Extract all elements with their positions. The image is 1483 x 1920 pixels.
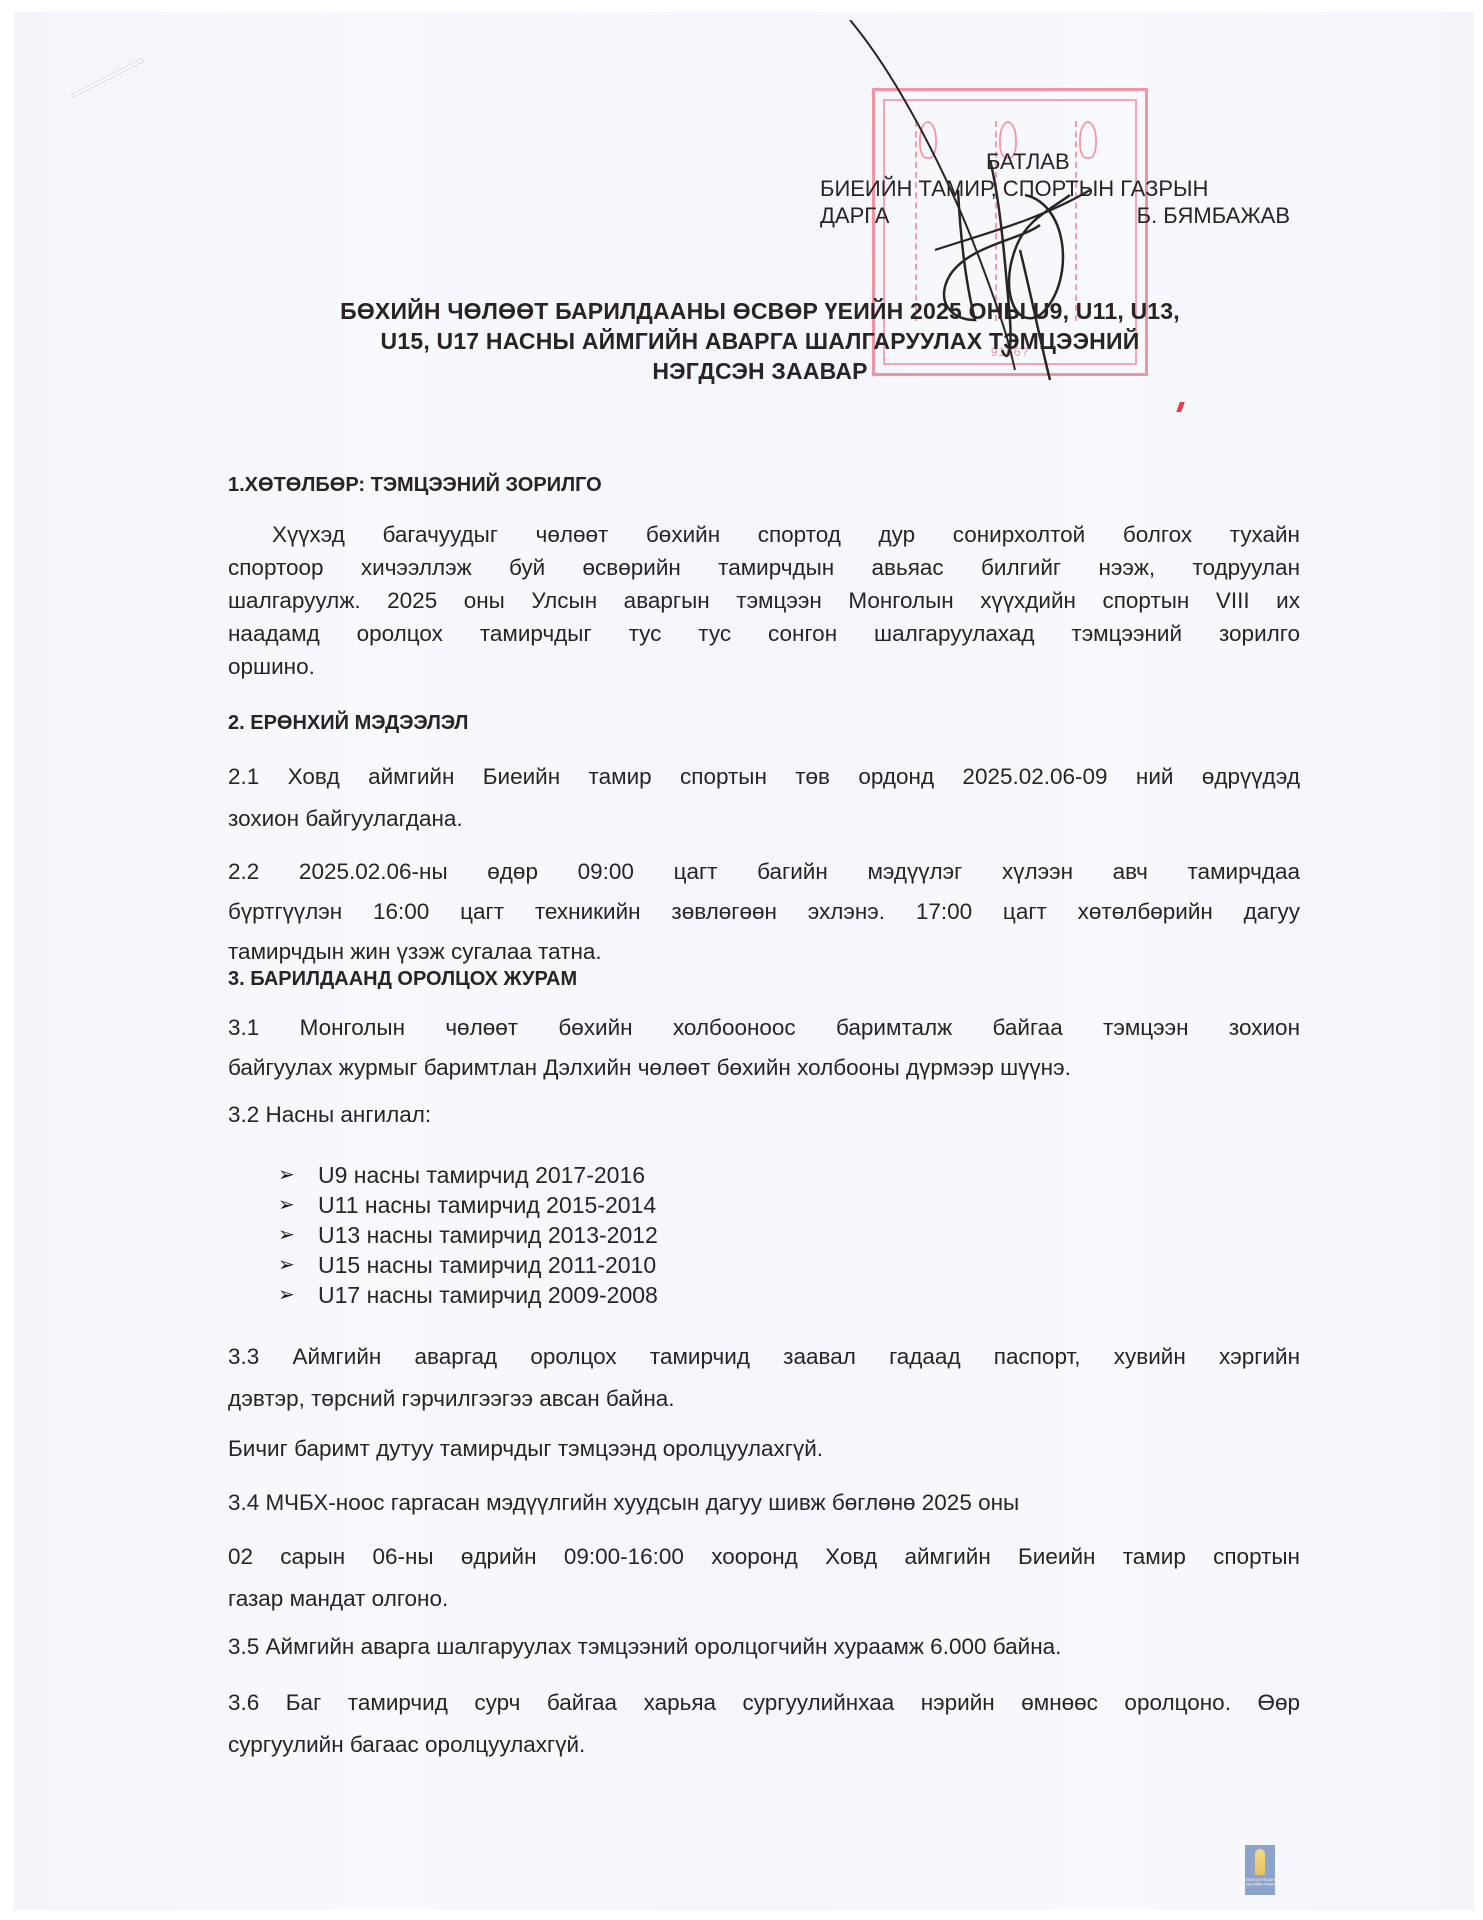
approval-signer: Б. БЯМБАЖАВ bbox=[1137, 202, 1290, 229]
section-2-heading: 2. ЕРӨНХИЙ МЭДЭЭЛЭЛ bbox=[228, 712, 468, 735]
list-item: ➢U13 насны тамирчид 2013-2012 bbox=[278, 1220, 658, 1250]
title-line: НЭГДСЭН ЗААВАР bbox=[240, 356, 1280, 386]
paragraph-3-4-continued: 02 сарын 06-ны өдрийн 09:00-16:00 хоорон… bbox=[228, 1536, 1300, 1620]
paragraph-line: дэвтэр, төрсний гэрчилгээгээ авсан байна… bbox=[228, 1378, 1300, 1420]
title-line: БӨХИЙН ЧӨЛӨӨТ БАРИЛДААНЫ ӨСВӨР ҮЕИЙН 202… bbox=[240, 296, 1280, 326]
list-item: ➢U9 насны тамирчид 2017-2016 bbox=[278, 1160, 658, 1190]
paragraph-3-1: 3.1 Монголын чөлөөт бөхийн холбооноос ба… bbox=[228, 1008, 1300, 1088]
section-3-heading: 3. БАРИЛДААНД ОРОЛЦОХ ЖУРАМ bbox=[228, 968, 577, 991]
paragraph-line: 02 сарын 06-ны өдрийн 09:00-16:00 хоорон… bbox=[228, 1536, 1300, 1578]
arrow-bullet-icon: ➢ bbox=[278, 1220, 300, 1250]
logo-text: МОНГОЛ УЛСЫН ЗАСГИЙН ГАЗАР bbox=[1245, 1878, 1274, 1887]
government-logo: МОНГОЛ УЛСЫН ЗАСГИЙН ГАЗАР bbox=[1245, 1845, 1275, 1895]
paragraph-line: оршино. bbox=[228, 650, 1300, 683]
paragraph-2-2: 2.2 2025.02.06-ны өдөр 09:00 цагт багийн… bbox=[228, 852, 1300, 972]
arrow-bullet-icon: ➢ bbox=[278, 1250, 300, 1280]
paragraph-2-1: 2.1 Ховд аймгийн Биеийн тамир спортын тө… bbox=[228, 756, 1300, 840]
stamp-mongol-script-column bbox=[1075, 121, 1099, 321]
paragraph-line: шалгаруулж. 2025 оны Улсын аваргын тэмцэ… bbox=[228, 584, 1300, 617]
list-item: ➢U17 насны тамирчид 2009-2008 bbox=[278, 1280, 658, 1310]
paragraph-3-6: 3.6 Баг тамирчид сурч байгаа харьяа сург… bbox=[228, 1682, 1300, 1766]
paragraph-line: 3.6 Баг тамирчид сурч байгаа харьяа сург… bbox=[228, 1682, 1300, 1724]
soyombo-emblem-icon bbox=[1255, 1849, 1265, 1875]
section-1-heading: 1.ХӨТӨЛБӨР: ТЭМЦЭЭНИЙ ЗОРИЛГО bbox=[228, 474, 602, 497]
title-line: U15, U17 НАСНЫ АЙМГИЙН АВАРГА ШАЛГАРУУЛА… bbox=[240, 326, 1280, 356]
arrow-bullet-icon: ➢ bbox=[278, 1280, 300, 1310]
paragraph-3-3-note: Бичиг баримт дутуу тамирчдыг тэмцээнд ор… bbox=[228, 1436, 823, 1462]
approval-label: БАТЛАВ bbox=[986, 148, 1070, 175]
paragraph-line: 2.1 Ховд аймгийн Биеийн тамир спортын тө… bbox=[228, 756, 1300, 798]
paragraph-3-4: 3.4 МЧБХ-ноос гаргасан мэдүүлгийн хуудсы… bbox=[228, 1490, 1019, 1516]
paragraph-line: газар мандат олгоно. bbox=[228, 1578, 1300, 1620]
paragraph-line: 3.3 Аймгийн аваргад оролцох тамирчид заа… bbox=[228, 1336, 1300, 1378]
section-1-paragraph: Хүүхэд багачуудыг чөлөөт бөхийн спортод … bbox=[228, 518, 1300, 683]
approval-position: БИЕИЙН ТАМИР, СПОРТЫН ГАЗРЫН bbox=[820, 175, 1208, 202]
document-title: БӨХИЙН ЧӨЛӨӨТ БАРИЛДААНЫ ӨСВӨР ҮЕИЙН 202… bbox=[240, 296, 1280, 386]
paragraph-3-3: 3.3 Аймгийн аваргад оролцох тамирчид заа… bbox=[228, 1336, 1300, 1420]
paragraph-line: Хүүхэд багачуудыг чөлөөт бөхийн спортод … bbox=[228, 518, 1300, 551]
paragraph-line: байгуулах журмыг баримтлан Дэлхийн чөлөө… bbox=[228, 1048, 1300, 1088]
stamp-mongol-script-column bbox=[915, 121, 939, 321]
paragraph-line: наадамд оролцох тамирчдыг тус тус сонгон… bbox=[228, 617, 1300, 650]
paragraph-3-2-label: 3.2 Насны ангилал: bbox=[228, 1102, 431, 1128]
paragraph-line: 3.1 Монголын чөлөөт бөхийн холбооноос ба… bbox=[228, 1008, 1300, 1048]
paragraph-line: спортоор хичээллэж буй өсвөрийн тамирчды… bbox=[228, 551, 1300, 584]
list-item: ➢U15 насны тамирчид 2011-2010 bbox=[278, 1250, 658, 1280]
paragraph-3-5: 3.5 Аймгийн аварга шалгаруулах тэмцээний… bbox=[228, 1634, 1061, 1660]
paragraph-line: бүртгүүлэн 16:00 цагт техникийн зөвлөгөө… bbox=[228, 892, 1300, 932]
approval-role: ДАРГА bbox=[820, 202, 889, 229]
age-group-list: ➢U9 насны тамирчид 2017-2016 ➢U11 насны … bbox=[278, 1160, 658, 1310]
paragraph-line: сургуулийн багаас оролцуулахгүй. bbox=[228, 1724, 1300, 1766]
list-item: ➢U11 насны тамирчид 2015-2014 bbox=[278, 1190, 658, 1220]
arrow-bullet-icon: ➢ bbox=[278, 1160, 300, 1190]
paragraph-line: 2.2 2025.02.06-ны өдөр 09:00 цагт багийн… bbox=[228, 852, 1300, 892]
paragraph-line: зохион байгуулагдана. bbox=[228, 798, 1300, 840]
arrow-bullet-icon: ➢ bbox=[278, 1190, 300, 1220]
paragraph-line: тамирчдын жин үзэж сугалаа татна. bbox=[228, 932, 1300, 972]
